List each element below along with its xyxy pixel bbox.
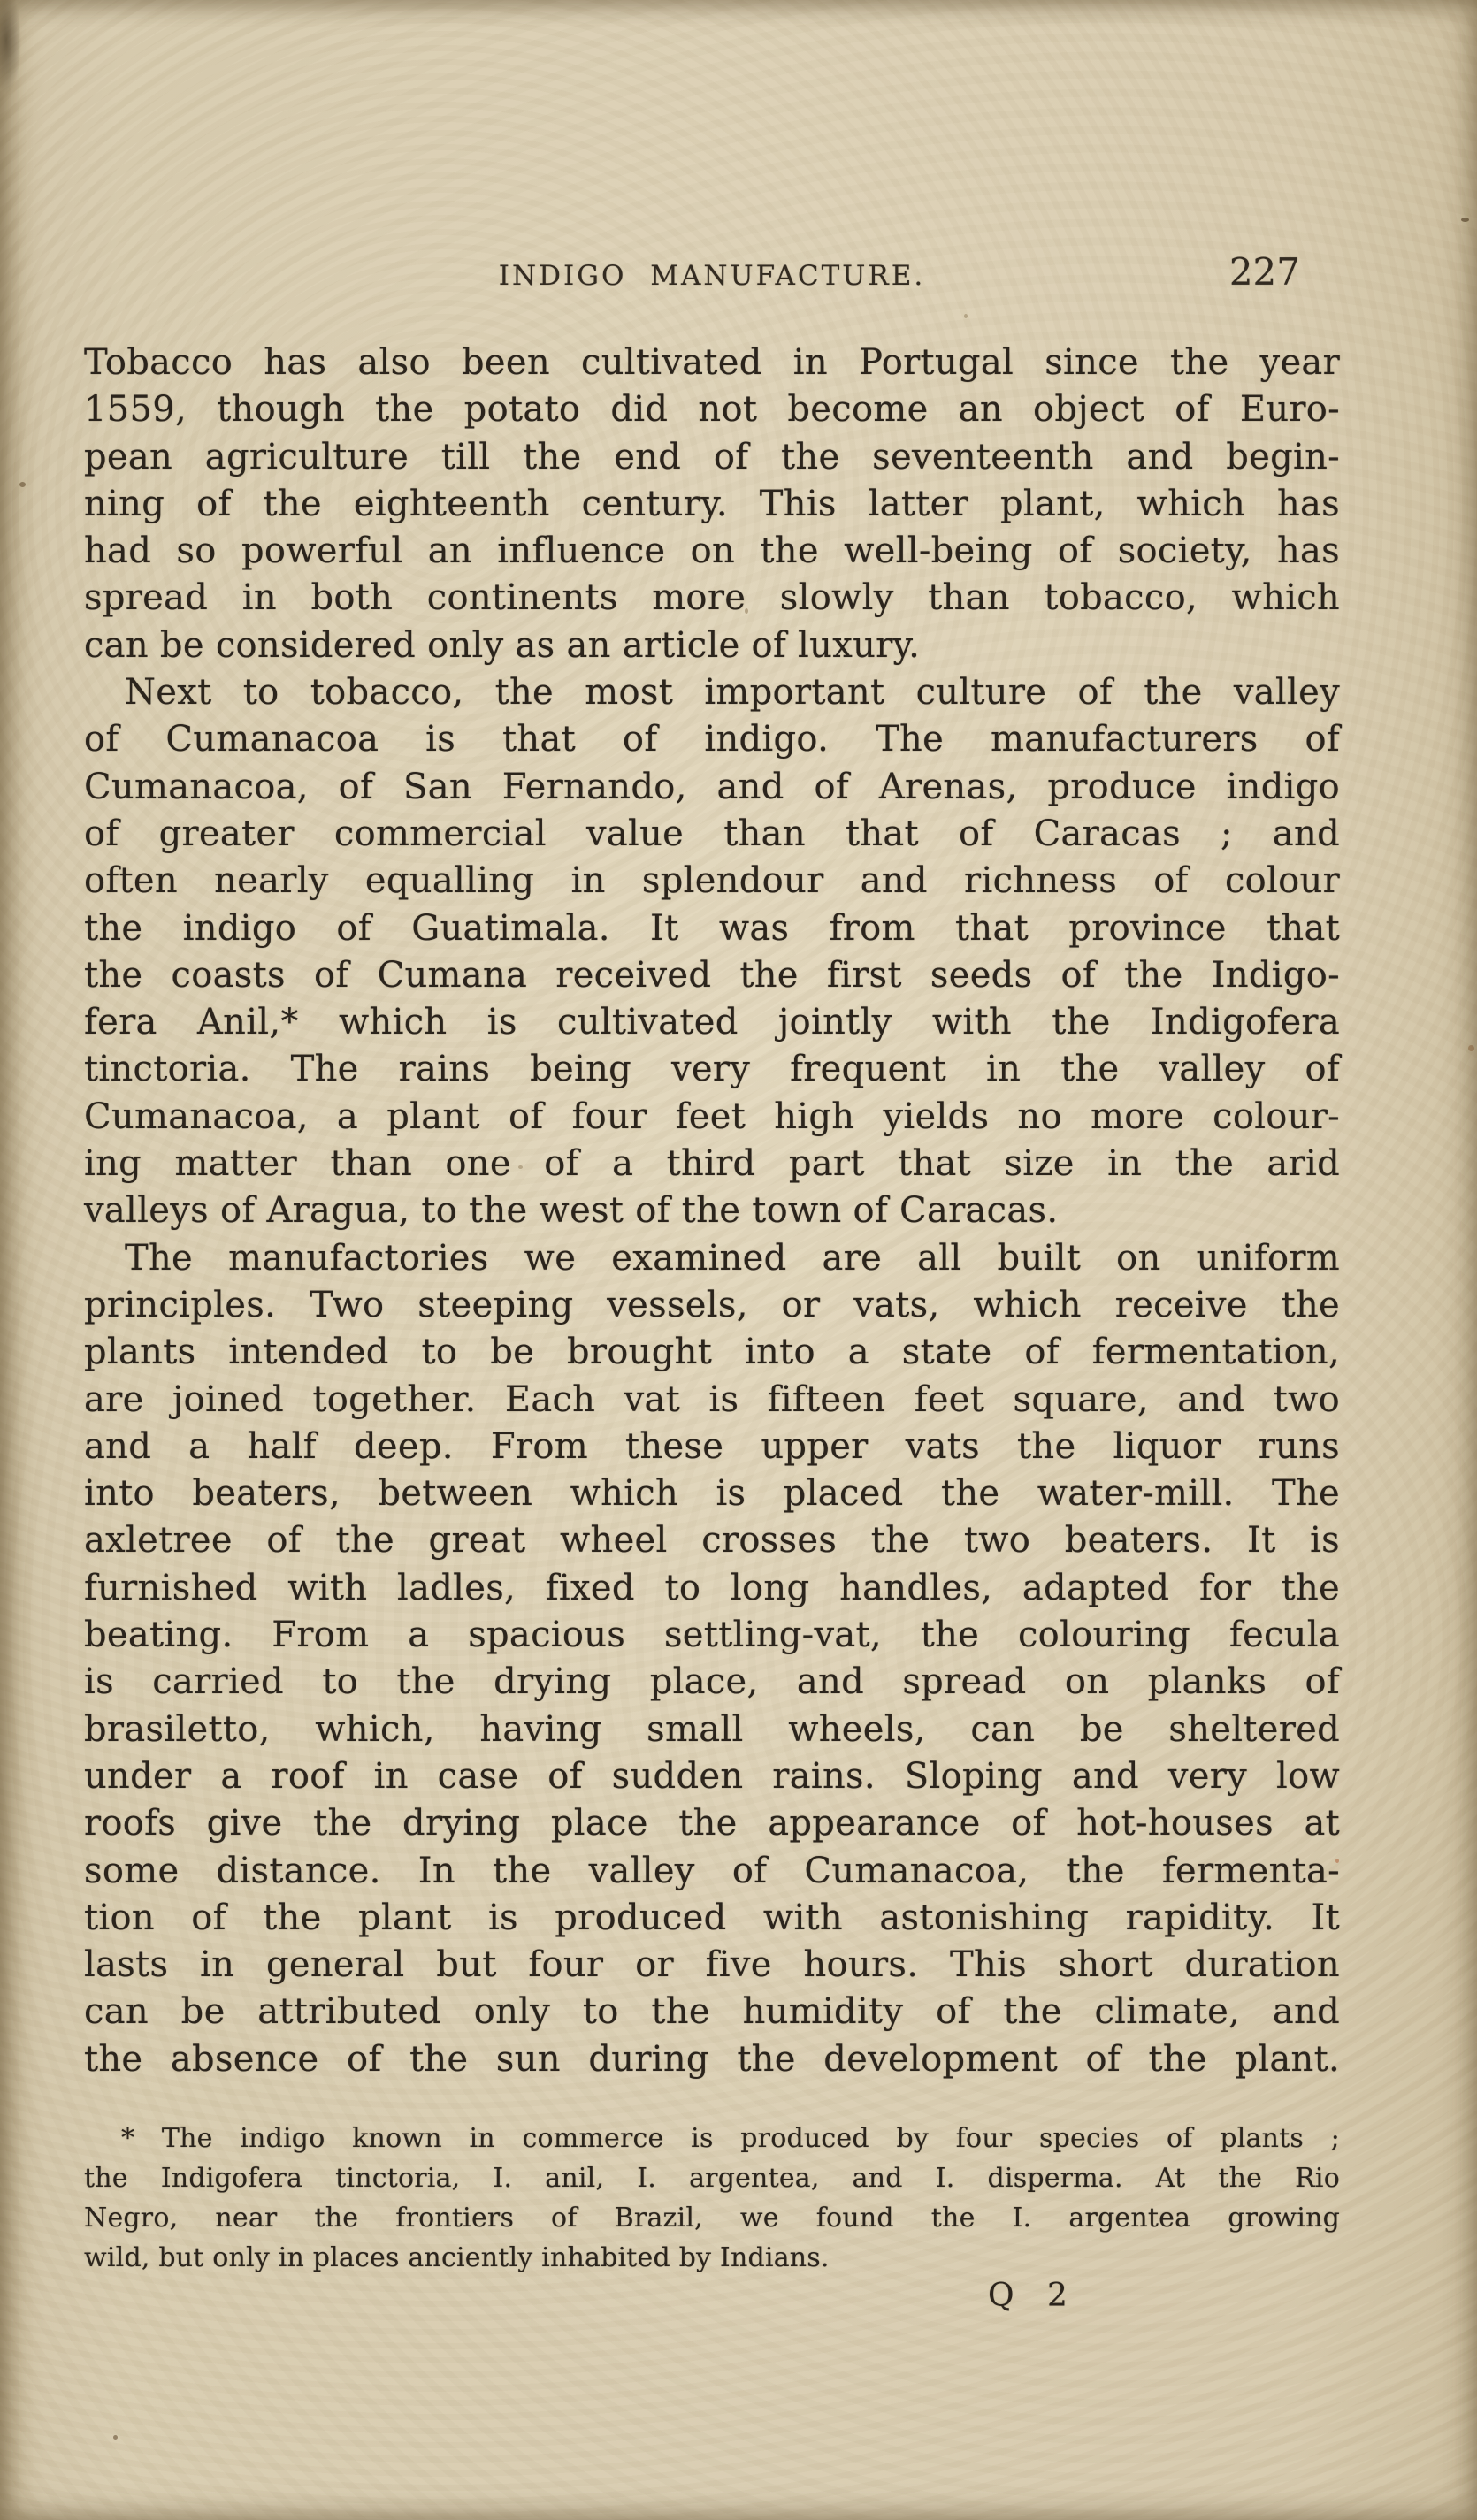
text-line: the absence of the sun during the develo… — [84, 2036, 1340, 2083]
paper-speck — [113, 2435, 118, 2440]
text-line: beating. From a spacious settling-vat, t… — [84, 1612, 1340, 1659]
text-line: principles. Two steeping vessels, or vat… — [84, 1282, 1340, 1329]
footnote-line: Negro, near the frontiers of Brazil, we … — [84, 2198, 1340, 2238]
text-line: is carried to the drying place, and spre… — [84, 1659, 1340, 1706]
text-line: tinctoria. The rains being very frequent… — [84, 1046, 1340, 1093]
paper-speck — [1461, 218, 1469, 222]
text-line: brasiletto, which, having small wheels, … — [84, 1707, 1340, 1753]
text-line: Cumanacoa, of San Fernando, and of Arena… — [84, 764, 1340, 811]
body-text: Tobacco has also been cultivated in Port… — [84, 340, 1340, 2083]
text-line: Next to tobacco, the most important cult… — [84, 669, 1340, 716]
paragraph-manufactories: The manufactories we examined are all bu… — [84, 1235, 1340, 2083]
book-page-scan: INDIGO MANUFACTURE. 227 Tobacco has also… — [0, 0, 1477, 2520]
paper-speck — [19, 482, 26, 487]
text-line: had so powerful an influence on the well… — [84, 528, 1340, 575]
scan-corner-smudge — [0, 0, 21, 94]
text-line: Cumanacoa, a plant of four feet high yie… — [84, 1094, 1340, 1141]
text-line: pean agriculture till the end of the sev… — [84, 434, 1340, 481]
text-line: tion of the plant is produced with aston… — [84, 1895, 1340, 1942]
text-line: furnished with ladles, fixed to long han… — [84, 1565, 1340, 1612]
footnote-line: the Indigofera tinctoria, I. anil, I. ar… — [84, 2158, 1340, 2198]
text-line: can be considered only as an article of … — [84, 622, 1340, 669]
paragraph-tobacco: Tobacco has also been cultivated in Port… — [84, 340, 1340, 669]
text-line: 1559, though the potato did not become a… — [84, 386, 1340, 433]
running-head: INDIGO MANUFACTURE. 227 — [84, 250, 1340, 294]
paper-speck — [1468, 1045, 1474, 1051]
text-line: are joined together. Each vat is fifteen… — [84, 1377, 1340, 1424]
text-line: some distance. In the valley of Cumanaco… — [84, 1848, 1340, 1895]
text-line: of greater commercial value than that of… — [84, 811, 1340, 858]
footnote-line: * The indigo known in commerce is produc… — [84, 2119, 1340, 2158]
text-line: Tobacco has also been cultivated in Port… — [84, 340, 1340, 386]
text-line: The manufactories we examined are all bu… — [84, 1235, 1340, 1282]
text-line: and a half deep. From these upper vats t… — [84, 1424, 1340, 1470]
text-line: under a roof in case of sudden rains. Sl… — [84, 1753, 1340, 1800]
page-number: 227 — [1229, 250, 1340, 294]
text-line: roofs give the drying place the appearan… — [84, 1800, 1340, 1847]
text-line: axletree of the great wheel crosses the … — [84, 1517, 1340, 1564]
text-line: of Cumanacoa is that of indigo. The manu… — [84, 716, 1340, 763]
text-line: often nearly equalling in splendour and … — [84, 858, 1340, 905]
paragraph-indigo-culture: Next to tobacco, the most important cult… — [84, 669, 1340, 1235]
text-line: the coasts of Cumana received the first … — [84, 952, 1340, 999]
text-line: into beaters, between which is placed th… — [84, 1470, 1340, 1517]
text-line: the indigo of Guatimala. It was from tha… — [84, 905, 1340, 952]
text-line: spread in both continents more slowly th… — [84, 575, 1340, 622]
text-line: lasts in general but four or five hours.… — [84, 1942, 1340, 1989]
text-line: ning of the eighteenth century. This lat… — [84, 481, 1340, 528]
text-line: can be attributed only to the humidity o… — [84, 1989, 1340, 2035]
text-line: ing matter than one of a third part that… — [84, 1141, 1340, 1187]
text-line: valleys of Aragua, to the west of the to… — [84, 1187, 1340, 1234]
type-area: INDIGO MANUFACTURE. 227 Tobacco has also… — [84, 0, 1340, 2314]
text-line: fera Anil,* which is cultivated jointly … — [84, 999, 1340, 1046]
text-line: plants intended to be brought into a sta… — [84, 1329, 1340, 1376]
signature-line: Q 2 — [84, 2278, 1340, 2314]
footnote: * The indigo known in commerce is produc… — [84, 2119, 1340, 2278]
page-title: INDIGO MANUFACTURE. — [499, 260, 925, 292]
signature-mark: Q 2 — [988, 2278, 1068, 2314]
footnote-line: wild, but only in places anciently inhab… — [84, 2238, 1340, 2278]
